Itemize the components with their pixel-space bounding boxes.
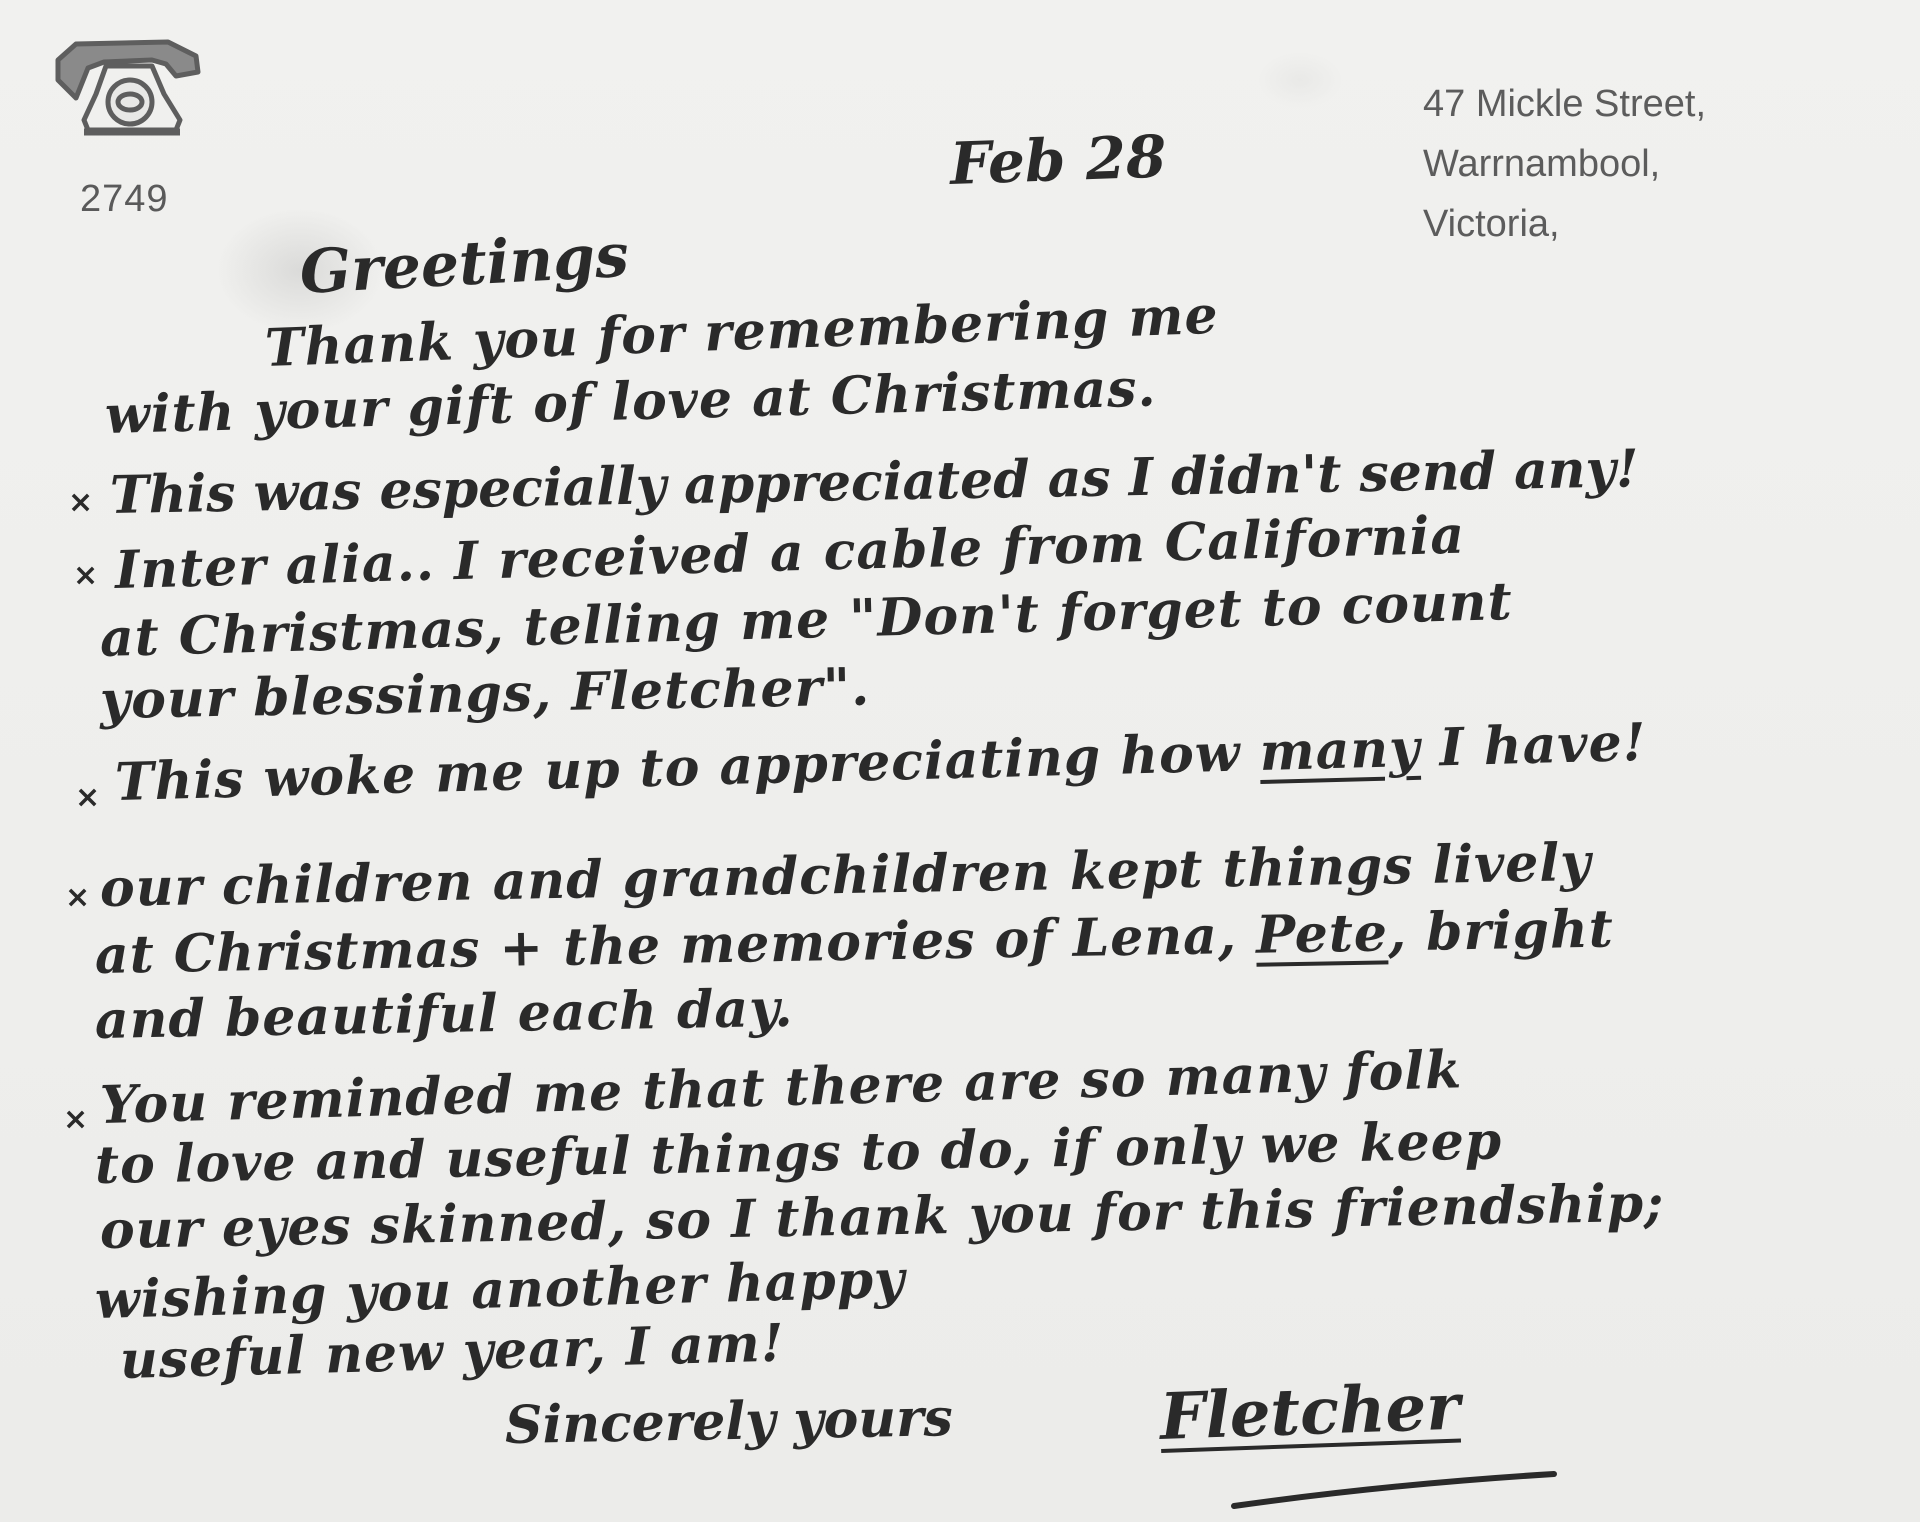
address-line-street: 47 Mickle Street,	[1423, 74, 1706, 134]
signature-flourish	[1230, 1470, 1560, 1510]
telephone-icon	[48, 32, 208, 142]
address-line-city: Warrnambool,	[1423, 134, 1706, 194]
bullet-mark: ×	[73, 558, 98, 593]
underlined-word: many	[1259, 718, 1421, 783]
bullet-mark: ×	[75, 780, 100, 815]
signature: Fletcher	[1159, 1370, 1461, 1455]
bullet-mark: ×	[68, 485, 93, 520]
underlined-word: Pete	[1255, 902, 1388, 965]
bullet-mark: ×	[65, 880, 90, 915]
letter-closing: Sincerely yours	[504, 1387, 953, 1456]
letter-date: Feb 28	[949, 122, 1168, 198]
phone-number: 2749	[80, 178, 169, 221]
letter-line: and beautiful each day.	[94, 978, 793, 1051]
sender-address: 47 Mickle Street, Warrnambool, Victoria,	[1423, 74, 1706, 254]
bullet-mark: ×	[63, 1102, 88, 1137]
address-line-state: Victoria,	[1423, 194, 1706, 254]
